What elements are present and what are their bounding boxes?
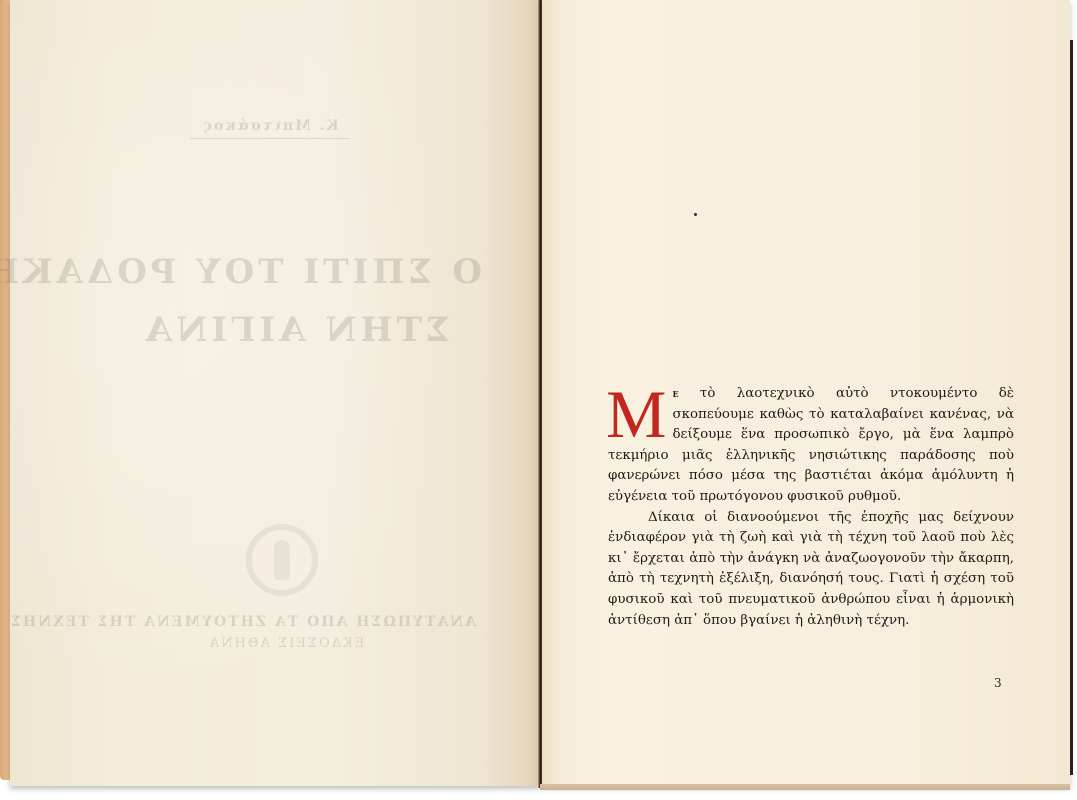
book-scan: Κ. Μπιτσάκος Ο ΣΠΙΤΙ ΤΟΥ ΡΟΔΑΚΗ ΣΤΗΝ ΑΙΓ… (0, 0, 1077, 800)
bleed-through-title-line-2: ΣΤΗΝ ΑΙΓΙΝΑ (150, 310, 450, 350)
circular-emblem-icon (246, 524, 318, 596)
emblem-figure-icon (274, 540, 290, 580)
ink-speck (694, 213, 697, 216)
page-edge-shadow (1070, 40, 1073, 775)
paragraph-2: Δίκαια οἱ διανοούμενοι τῆς ἐποχῆς μας δε… (608, 508, 1014, 632)
paragraph-1: Με τὸ λαοτεχνικὸ αὐτὸ ντοκουμέντο δὲ σκο… (608, 384, 1014, 508)
page-number: 3 (994, 676, 1002, 690)
paragraph-1-text: τὸ λαοτεχνικὸ αὐτὸ ντοκουμέντο δὲ σκοπεύ… (608, 386, 1014, 504)
bleed-through-publisher-line-1: ΑΝΑΤΥΠΩΣΗ ΑΠΟ ΤΑ ΖΗΤΟΥΜΕΝΑ ΤΗΣ ΤΕΧΝΗΣ (96, 614, 476, 630)
drop-cap: Μ (606, 386, 666, 440)
bleed-through-publisher-line-2: ΕΚΔΟΣΕΙΣ ΑΘΗΝΑ (176, 636, 396, 651)
body-text: Με τὸ λαοτεχνικὸ αὐτὸ ντοκουμέντο δὲ σκο… (608, 384, 1014, 631)
bleed-through-title-line-1: Ο ΣΠΙΤΙ ΤΟΥ ΡΟΔΑΚΗ (62, 252, 482, 292)
page-bottom-edge (540, 784, 1070, 790)
bleed-through-author: Κ. Μπιτσάκος (190, 118, 350, 139)
